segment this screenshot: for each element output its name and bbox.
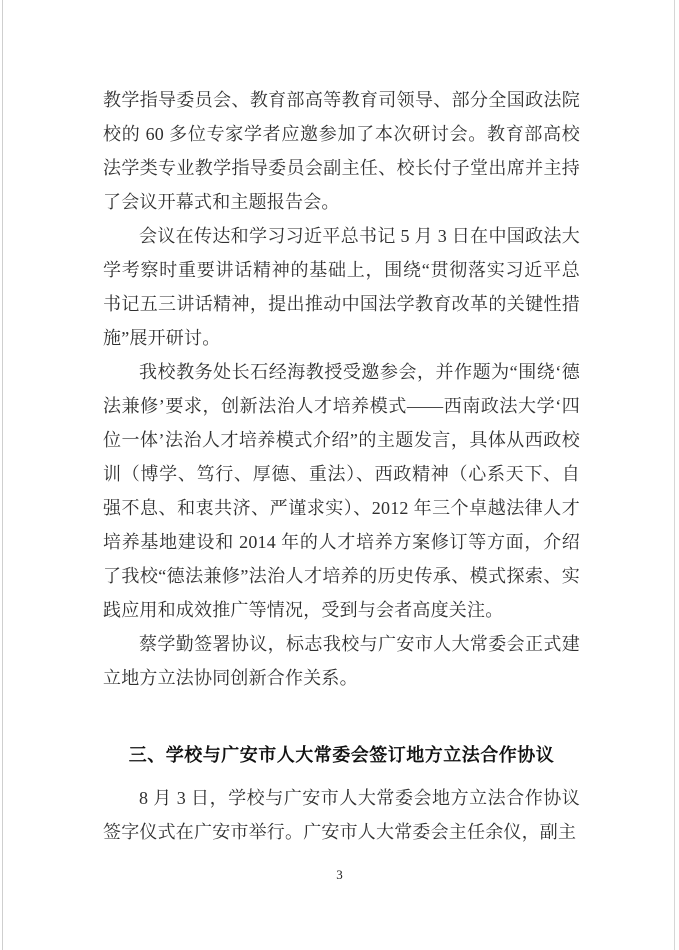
page-number: 3: [0, 866, 679, 884]
document-body: 教学指导委员会、教育部高等教育司领导、部分全国政法院校的 60 多位专家学者应邀…: [103, 83, 580, 849]
body-paragraph: 8 月 3 日，学校与广安市人大常委会地方立法合作协议签字仪式在广安市举行。广安…: [103, 781, 580, 849]
body-paragraph: 我校教务处长石经海教授受邀参会，并作题为“围绕‘德法兼修’要求，创新法治人才培养…: [103, 355, 580, 627]
section-heading: 三、学校与广安市人大常委会签订地方立法合作协议: [103, 738, 580, 772]
body-paragraph: 教学指导委员会、教育部高等教育司领导、部分全国政法院校的 60 多位专家学者应邀…: [103, 83, 580, 219]
body-paragraph: 蔡学勤签署协议，标志我校与广安市人大常委会正式建立地方立法协同创新合作关系。: [103, 627, 580, 695]
page-right-edge: [674, 0, 675, 950]
document-page: 教学指导委员会、教育部高等教育司领导、部分全国政法院校的 60 多位专家学者应邀…: [0, 0, 679, 950]
page-left-edge: [2, 0, 3, 950]
body-paragraph: 会议在传达和学习习近平总书记 5 月 3 日在中国政法大学考察时重要讲话精神的基…: [103, 219, 580, 355]
